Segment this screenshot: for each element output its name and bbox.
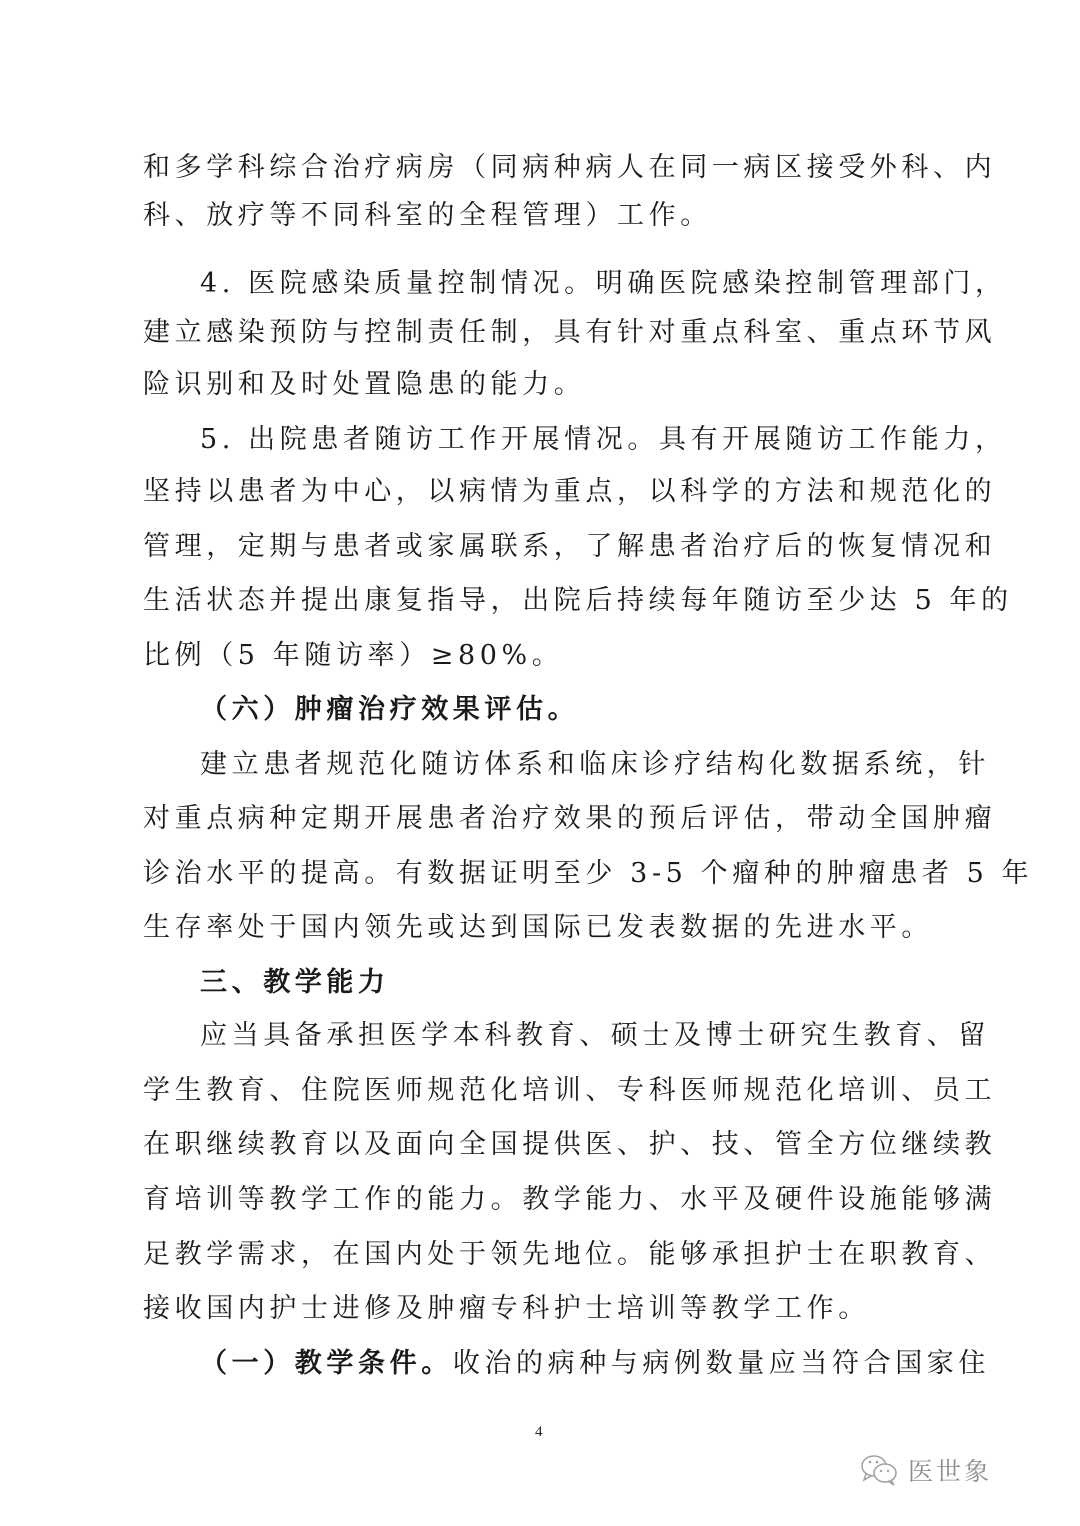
text-line: 险识别和及时处置隐患的能力。 — [143, 365, 943, 405]
text-line: 育培训等教学工作的能力。教学能力、水平及硬件设施能够满 — [143, 1180, 943, 1220]
text-line: 诊治水平的提高。有数据证明至少 3-5 个瘤种的肿瘤患者 5 年 — [143, 854, 943, 894]
watermark-text: 医世象 — [908, 1452, 992, 1488]
document-page: 和多学科综合治疗病房（同病种病人在同一病区接受外科、内 科、放疗等不同科室的全程… — [0, 0, 1080, 1526]
text-line: 足教学需求，在国内处于领先地位。能够承担护士在职教育、 — [143, 1235, 943, 1275]
chapter-heading: 三、教学能力 — [200, 963, 943, 1003]
text-line: 对重点病种定期开展患者治疗效果的预后评估，带动全国肿瘤 — [143, 799, 943, 839]
text-line: （一）教学条件。收治的病种与病例数量应当符合国家住 — [200, 1344, 943, 1384]
text-line: 坚持以患者为中心，以病情为重点，以科学的方法和规范化的 — [143, 472, 943, 512]
watermark: 医世象 — [860, 1450, 992, 1490]
wechat-icon — [860, 1453, 900, 1487]
text-line: 应当具备承担医学本科教育、硕士及博士研究生教育、留 — [200, 1016, 943, 1056]
text-line: 建立患者规范化随访体系和临床诊疗结构化数据系统，针 — [200, 745, 943, 785]
text-line: 管理，定期与患者或家属联系，了解患者治疗后的恢复情况和 — [143, 527, 943, 567]
text-line: 4. 医院感染质量控制情况。明确医院感染控制管理部门， — [200, 264, 943, 304]
text-line: 生活状态并提出康复指导，出院后持续每年随访至少达 5 年的 — [143, 581, 943, 621]
text-line: 学生教育、住院医师规范化培训、专科医师规范化培训、员工 — [143, 1071, 943, 1111]
subsection-text: 收治的病种与病例数量应当符合国家住 — [453, 1348, 990, 1379]
page-number: 4 — [535, 1424, 543, 1441]
text-line: 科、放疗等不同科室的全程管理）工作。 — [143, 196, 943, 236]
text-line: 在职继续教育以及面向全国提供医、护、技、管全方位继续教 — [143, 1125, 943, 1165]
subsection-heading: （一）教学条件。 — [200, 1348, 453, 1379]
text-line: 建立感染预防与控制责任制，具有针对重点科室、重点环节风 — [143, 313, 943, 353]
text-line: 生存率处于国内领先或达到国际已发表数据的先进水平。 — [143, 908, 943, 948]
text-line: 接收国内护士进修及肿瘤专科护士培训等教学工作。 — [143, 1289, 943, 1329]
text-line: 5. 出院患者随访工作开展情况。具有开展随访工作能力， — [200, 420, 943, 460]
text-line: 和多学科综合治疗病房（同病种病人在同一病区接受外科、内 — [143, 148, 943, 188]
text-line: 比例（5 年随访率）≥80%。 — [143, 636, 943, 676]
section-heading: （六）肿瘤治疗效果评估。 — [200, 690, 943, 730]
